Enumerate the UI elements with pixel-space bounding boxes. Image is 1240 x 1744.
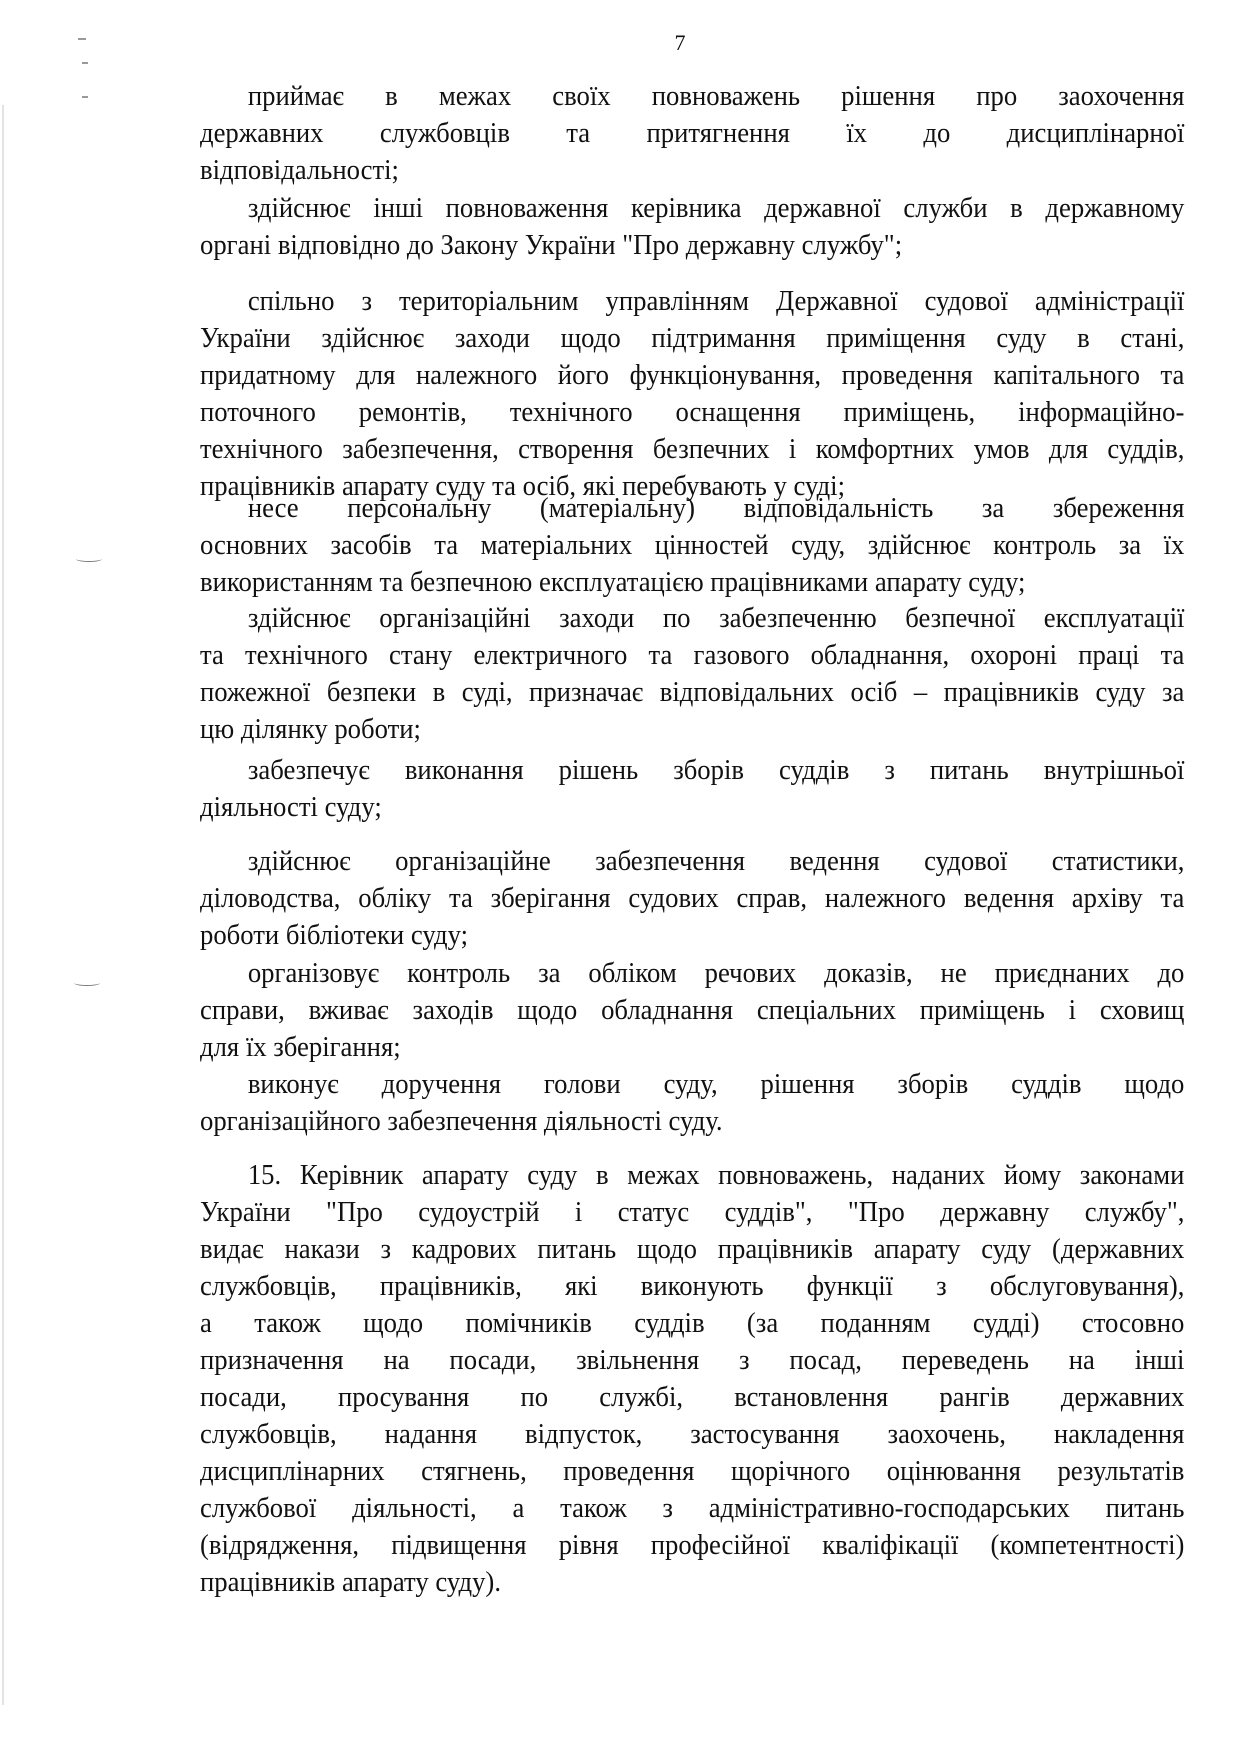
paragraph: 15. Керівник апарату суду в межах повнов… (200, 1157, 1184, 1601)
paragraph: несе персональну (матеріальну) відповіда… (200, 490, 1184, 601)
text-line: працівників апарату суду). (200, 1564, 1184, 1601)
document-page: 7 приймає в межах своїх повноважень ріше… (0, 0, 1240, 1744)
text-line: дисциплінарних стягнень, проведення щорі… (200, 1453, 1184, 1490)
paragraph: виконує доручення голови суду, рішення з… (200, 1066, 1184, 1140)
text-line: органі відповідно до Закону України "Про… (200, 227, 1184, 264)
text-line: забезпечує виконання рішень зборів судді… (200, 752, 1184, 789)
text-line: придатному для належного його функціонув… (200, 357, 1184, 394)
text-line: України здійснює заходи щодо підтримання… (200, 320, 1184, 357)
text-line: України "Про судоустрій і статус суддів"… (200, 1194, 1184, 1231)
text-line: цю ділянку роботи; (200, 711, 1184, 748)
text-line: а також щодо помічників суддів (за подан… (200, 1305, 1184, 1342)
text-line: службовців, працівників, які виконують ф… (200, 1268, 1184, 1305)
page-number: 7 (0, 30, 1240, 56)
text-line: діловодства, обліку та зберігання судови… (200, 880, 1184, 917)
text-line: 15. Керівник апарату суду в межах повнов… (200, 1157, 1184, 1194)
text-line: здійснює інші повноваження керівника дер… (200, 190, 1184, 227)
text-line: виконує доручення голови суду, рішення з… (200, 1066, 1184, 1103)
text-line: пожежної безпеки в суді, призначає відпо… (200, 674, 1184, 711)
text-line: державних службовців та притягнення їх д… (200, 115, 1184, 152)
hole-punch-mark (74, 980, 100, 986)
text-line: роботи бібліотеки суду; (200, 917, 1184, 954)
text-line: призначення на посади, звільнення з поса… (200, 1342, 1184, 1379)
text-line: для їх зберігання; (200, 1029, 1184, 1066)
text-line: основних засобів та матеріальних цінност… (200, 527, 1184, 564)
text-line: та технічного стану електричного та газо… (200, 637, 1184, 674)
text-line: поточного ремонтів, технічного оснащення… (200, 394, 1184, 431)
text-line: (відрядження, підвищення рівня професійн… (200, 1527, 1184, 1564)
paragraph: здійснює організаційне забезпечення веде… (200, 843, 1184, 954)
paragraph: здійснює інші повноваження керівника дер… (200, 190, 1184, 264)
text-line: діяльності суду; (200, 789, 1184, 826)
paragraph: забезпечує виконання рішень зборів судді… (200, 752, 1184, 826)
text-line: приймає в межах своїх повноважень рішенн… (200, 78, 1184, 115)
text-line: видає накази з кадрових питань щодо прац… (200, 1231, 1184, 1268)
text-line: службовців, надання відпусток, застосува… (200, 1416, 1184, 1453)
text-line: технічного забезпечення, створення безпе… (200, 431, 1184, 468)
paragraph: спільно з територіальним управлінням Дер… (200, 283, 1184, 505)
text-line: організаційного забезпечення діяльності … (200, 1103, 1184, 1140)
hole-punch-mark (76, 556, 102, 562)
paragraph: здійснює організаційні заходи по забезпе… (200, 600, 1184, 748)
text-line: організовує контроль за обліком речових … (200, 955, 1184, 992)
text-line: посади, просування по службі, встановлен… (200, 1379, 1184, 1416)
text-line: використанням та безпечною експлуатацією… (200, 564, 1184, 601)
paragraph: організовує контроль за обліком речових … (200, 955, 1184, 1066)
text-line: спільно з територіальним управлінням Дер… (200, 283, 1184, 320)
scan-mark (82, 62, 88, 64)
scan-edge-line (2, 105, 4, 1705)
text-line: справи, вживає заходів щодо обладнання с… (200, 992, 1184, 1029)
text-line: здійснює організаційні заходи по забезпе… (200, 600, 1184, 637)
text-line: здійснює організаційне забезпечення веде… (200, 843, 1184, 880)
scan-mark (82, 96, 88, 98)
text-line: службової діяльності, а також з адмініст… (200, 1490, 1184, 1527)
text-line: відповідальності; (200, 152, 1184, 189)
text-line: несе персональну (матеріальну) відповіда… (200, 490, 1184, 527)
paragraph: приймає в межах своїх повноважень рішенн… (200, 78, 1184, 189)
